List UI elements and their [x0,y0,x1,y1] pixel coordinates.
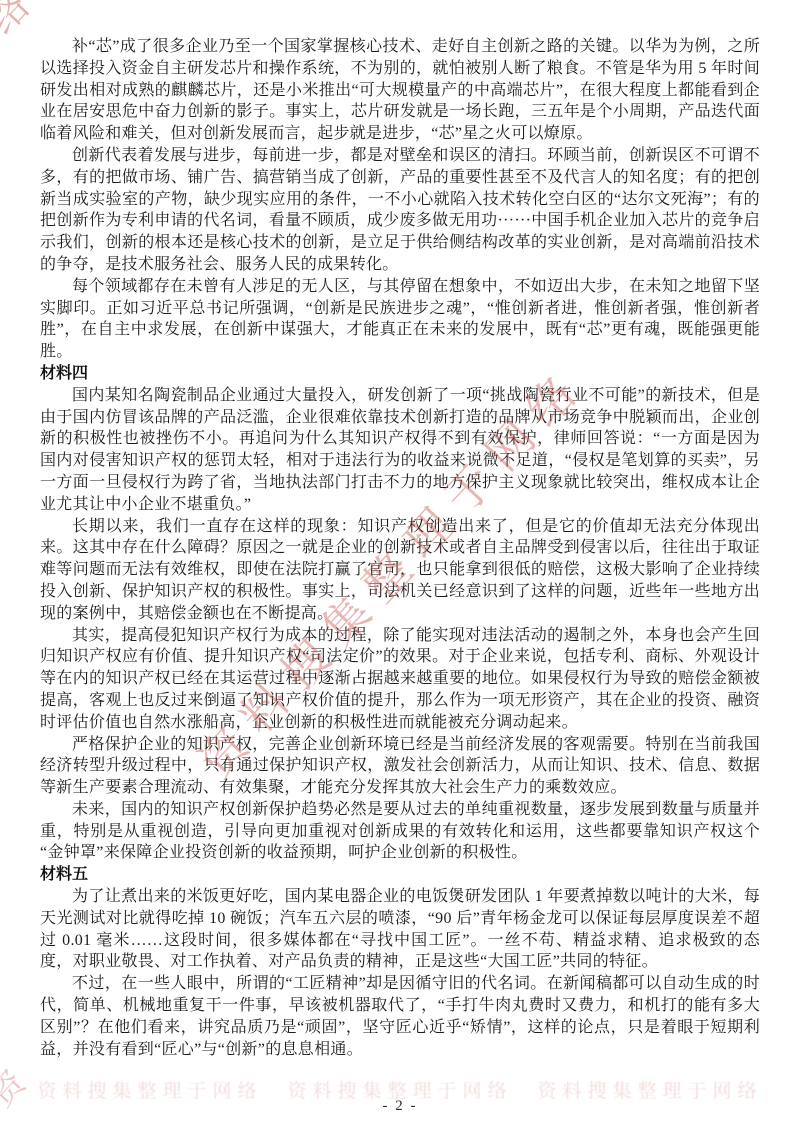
paragraph-no-mans-land: 每个领域都存在未曾有人涉足的无人区，与其停留在想象中，不如迈出大步，在未知之地留… [40,276,760,363]
watermark-fragment-top-left: 络 [0,0,40,45]
paragraph-craftsman-examples: 为了让煮出来的米饭更好吃，国内某电器企业的电饭煲研发团队 1 年要煮掉数以吨计的… [40,886,760,973]
document-body: 补“芯”成了很多企业乃至一个国家掌握核心技术、走好自主创新之路的关键。以华为为例… [40,36,760,1060]
document-page: 补“芯”成了很多企业乃至一个国家掌握核心技术、走好自主创新之路的关键。以华为为例… [0,0,800,1131]
paragraph-craftsman-criticism: 不过，在一些人眼中，所谓的“工匠精神”却是因循守旧的代名词。在新闻稿都可以自动生… [40,973,760,1060]
section-heading-material-5: 材料五 [40,864,760,886]
paragraph-ceramics-ip: 国内某知名陶瓷制品企业通过大量投入，研发创新了一项“挑战陶瓷行业不可能”的新技术… [40,385,760,516]
paragraph-ip-protection-need: 严格保护企业的知识产权，完善企业创新环境已经是当前经济发展的客观需要。特别在当前… [40,734,760,799]
paragraph-innovation-misconceptions: 创新代表着发展与进步，每前进一步，都是对壁垒和误区的清扫。环顾当前，创新误区不可… [40,145,760,276]
paragraph-chip-innovation: 补“芯”成了很多企业乃至一个国家掌握核心技术、走好自主创新之路的关键。以华为为例… [40,36,760,145]
page-number: - 2 - [0,1098,800,1115]
paragraph-ip-cost-raising: 其实，提高侵犯知识产权行为成本的过程，除了能实现对违法活动的遏制之外，本身也会产… [40,625,760,734]
section-heading-material-4: 材料四 [40,363,760,385]
paragraph-ip-future-trend: 未来，国内的知识产权创新保护趋势必然是要从过去的单纯重视数量，逐步发展到数量与质… [40,799,760,864]
paragraph-ip-value-obstacles: 长期以来，我们一直存在这样的现象：知识产权创造出来了，但是它的价值却无法充分体现… [40,516,760,625]
